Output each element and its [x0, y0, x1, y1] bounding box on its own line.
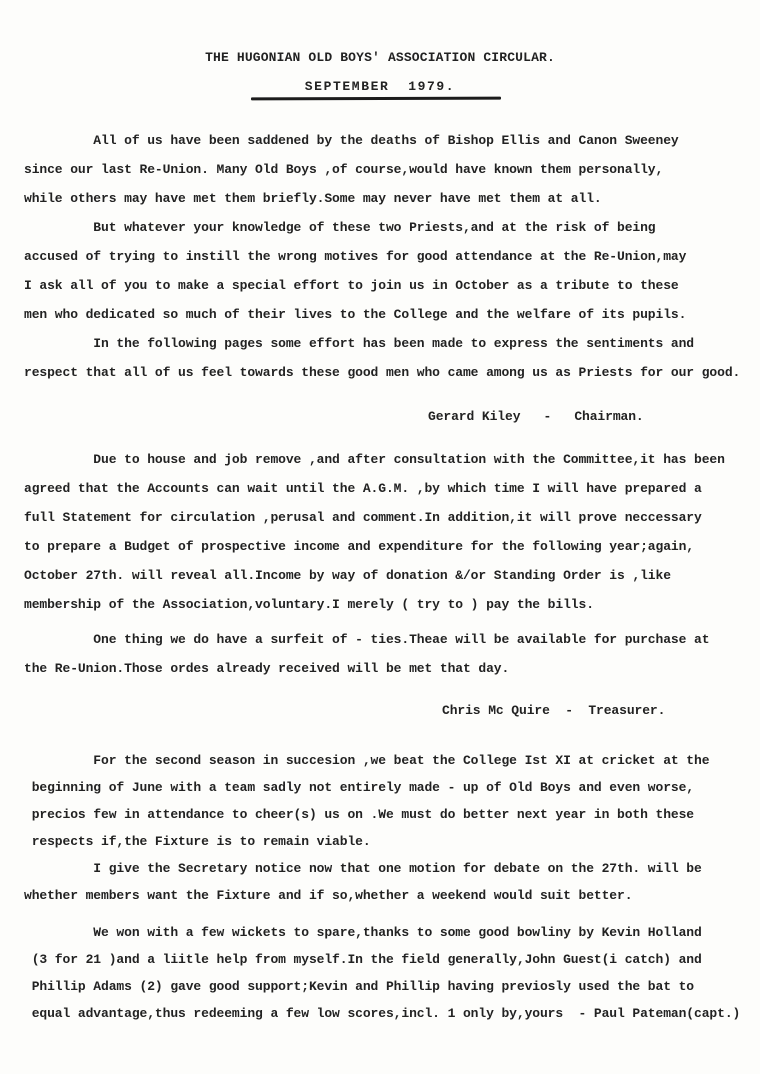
text-line: beginning of June with a team sadly not …: [24, 774, 742, 801]
text-line: membership of the Association,voluntary.…: [24, 590, 742, 619]
text-line: precios few in attendance to cheer(s) us…: [24, 801, 742, 828]
text-line: I give the Secretary notice now that one…: [24, 855, 742, 882]
text-line: accused of trying to instill the wrong m…: [24, 242, 742, 271]
text-line: the Re-Union.Those ordes already receive…: [24, 654, 742, 683]
text-line: to prepare a Budget of prospective incom…: [24, 532, 742, 561]
text-line: respects if,the Fixture is to remain via…: [24, 828, 742, 855]
text-line: October 27th. will reveal all.Income by …: [24, 561, 742, 590]
page-subtitle: SEPTEMBER 1979.: [0, 79, 760, 94]
subtitle-underline: [251, 97, 501, 101]
paragraph-cricket: For the second season in succesion ,we b…: [24, 747, 742, 855]
paragraph-tribute: But whatever your knowledge of these two…: [24, 213, 742, 329]
text-line: All of us have been saddened by the deat…: [24, 126, 742, 155]
document-page: THE HUGONIAN OLD BOYS' ASSOCIATION CIRCU…: [0, 0, 760, 1074]
text-line: Phillip Adams (2) gave good support;Kevi…: [24, 973, 742, 1000]
paragraph-sentiments: In the following pages some effort has b…: [24, 329, 742, 387]
text-line: while others may have met them briefly.S…: [24, 184, 742, 213]
paragraph-match-report: We won with a few wickets to spare,thank…: [24, 919, 742, 1027]
document-header: THE HUGONIAN OLD BOYS' ASSOCIATION CIRCU…: [0, 0, 760, 100]
text-line: For the second season in succesion ,we b…: [24, 747, 742, 774]
text-line: In the following pages some effort has b…: [24, 329, 742, 358]
text-line: Due to house and job remove ,and after c…: [24, 445, 742, 474]
text-line: full Statement for circulation ,perusal …: [24, 503, 742, 532]
text-line: But whatever your knowledge of these two…: [24, 213, 742, 242]
page-title: THE HUGONIAN OLD BOYS' ASSOCIATION CIRCU…: [0, 0, 760, 65]
text-line: (3 for 21 )and a liitle help from myself…: [24, 946, 742, 973]
text-line: whether members want the Fixture and if …: [24, 882, 742, 909]
text-line: I ask all of you to make a special effor…: [24, 271, 742, 300]
text-line: respect that all of us feel towards thes…: [24, 358, 742, 387]
text-line: men who dedicated so much of their lives…: [24, 300, 742, 329]
document-body: All of us have been saddened by the deat…: [0, 126, 760, 1027]
text-line: We won with a few wickets to spare,thank…: [24, 919, 742, 946]
text-line: agreed that the Accounts can wait until …: [24, 474, 742, 503]
text-line: since our last Re-Union. Many Old Boys ,…: [24, 155, 742, 184]
signature-chairman: Gerard Kiley - Chairman.: [24, 402, 742, 431]
signature-treasurer: Chris Mc Quire - Treasurer.: [24, 696, 742, 725]
paragraph-motion: I give the Secretary notice now that one…: [24, 855, 742, 909]
text-line: One thing we do have a surfeit of - ties…: [24, 625, 742, 654]
paragraph-accounts: Due to house and job remove ,and after c…: [24, 445, 742, 619]
text-line: equal advantage,thus redeeming a few low…: [24, 1000, 742, 1027]
paragraph-saddened: All of us have been saddened by the deat…: [24, 126, 742, 213]
paragraph-ties: One thing we do have a surfeit of - ties…: [24, 625, 742, 683]
